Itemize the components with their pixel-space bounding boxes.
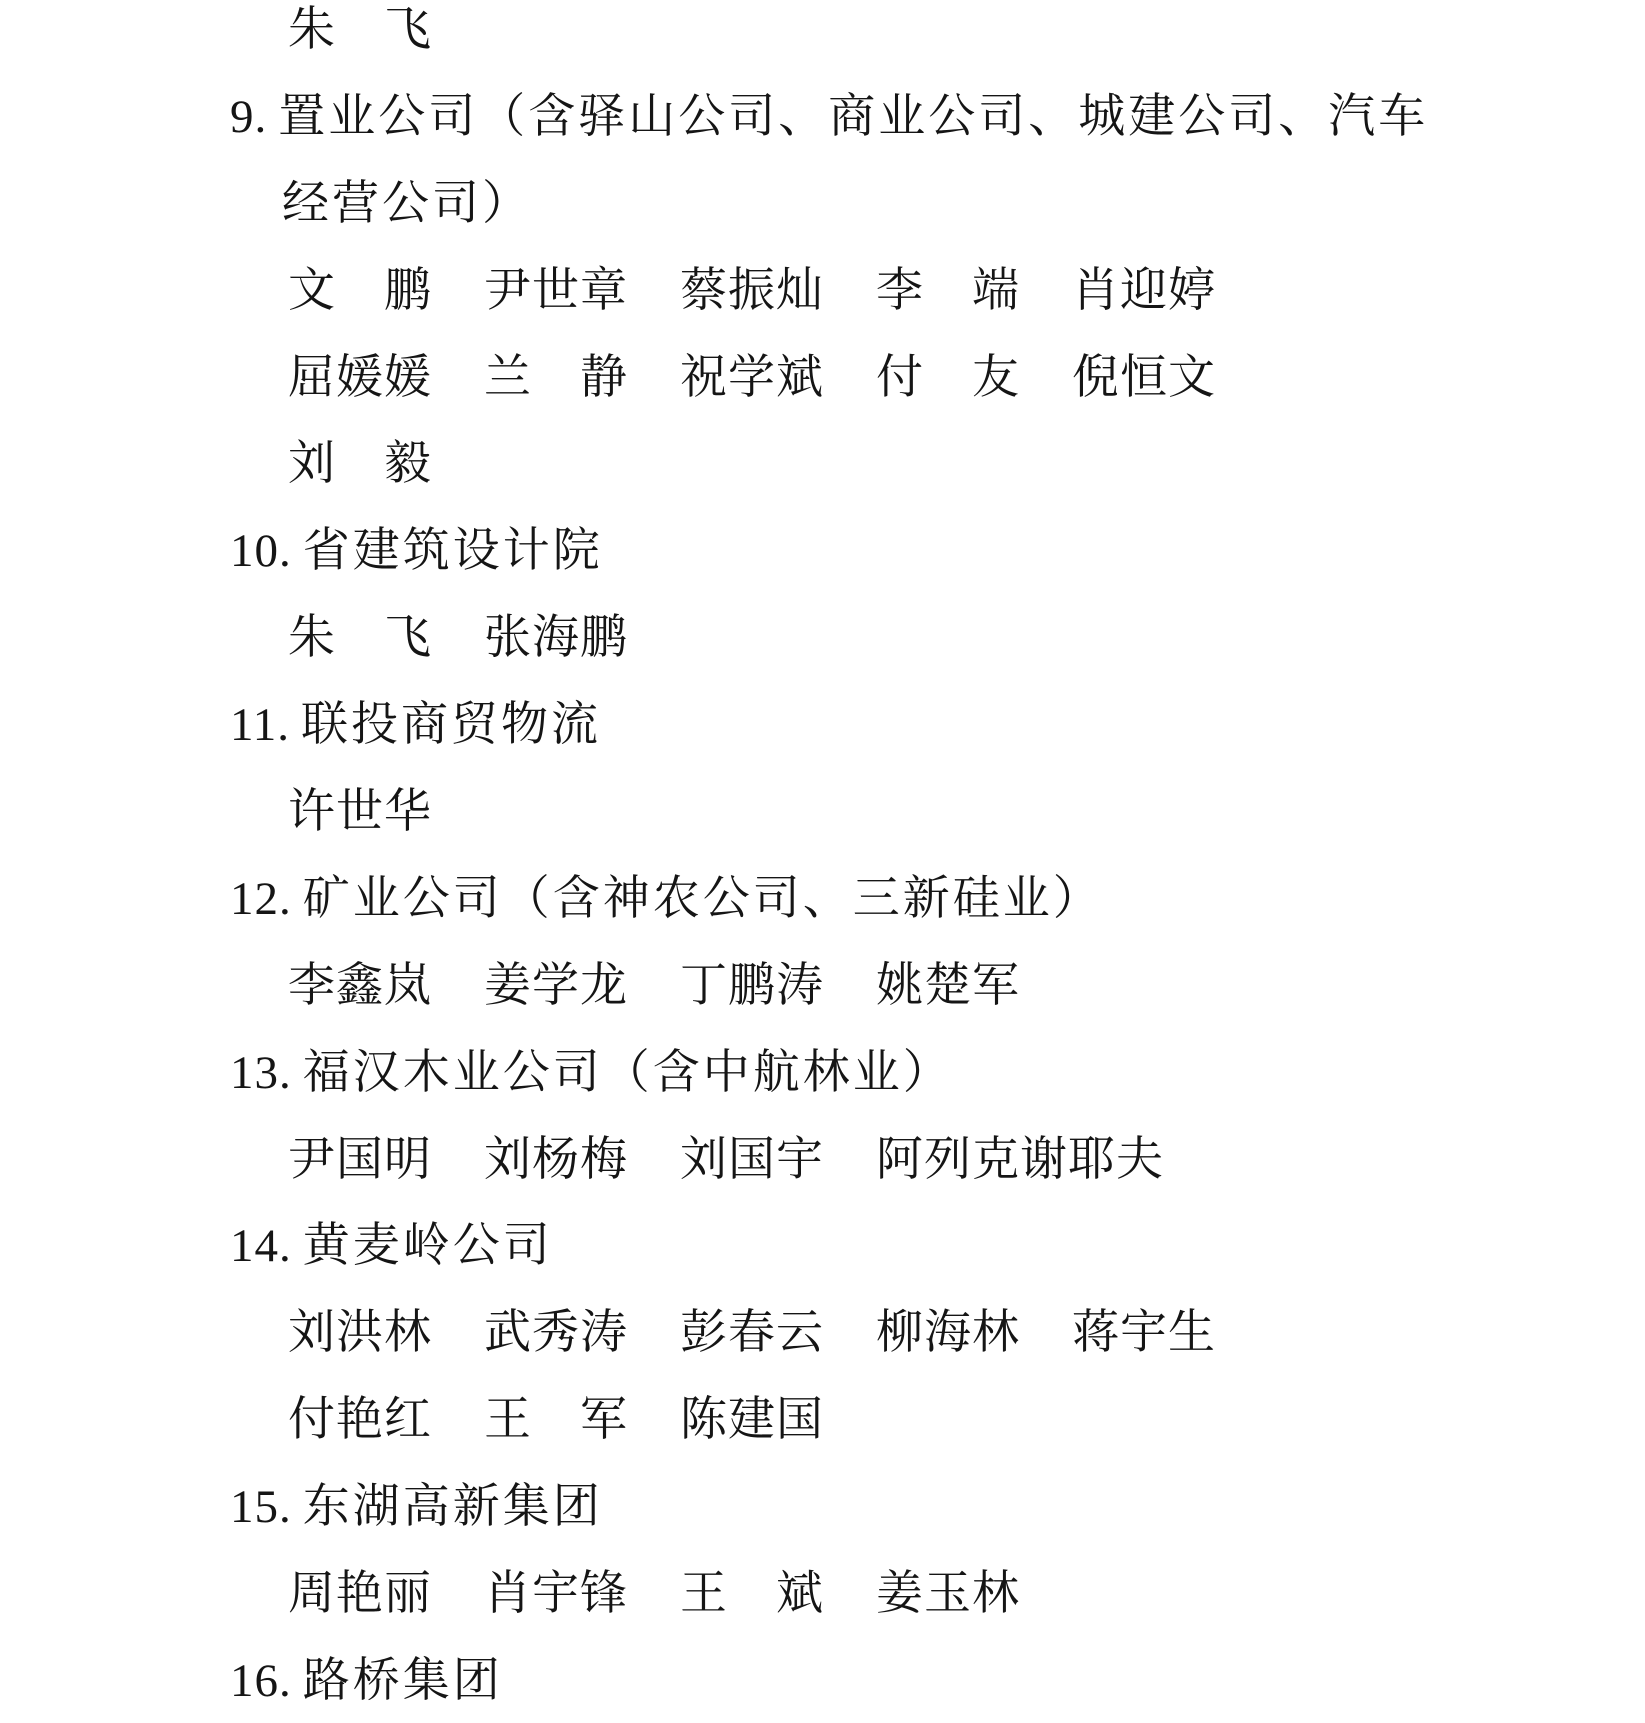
company-title: 联投商贸物流 [301, 702, 601, 749]
person-name: 李 端 [876, 268, 1020, 315]
person-name: 蒋宇生 [1072, 1310, 1216, 1357]
person-name: 刘国宇 [680, 1137, 824, 1184]
company-entry-line: 16.路桥集团 [0, 1638, 1645, 1723]
person-name: 阿列克谢耶夫 [876, 1137, 1164, 1184]
entry-number: 13. [230, 1050, 292, 1097]
entry-number: 9. [230, 94, 267, 141]
person-name: 李鑫岚 [288, 963, 432, 1010]
person-name: 刘 毅 [288, 441, 432, 488]
names-row: 周艳丽肖宇锋王 斌姜玉林 [0, 1551, 1645, 1638]
names-row: 付艳红王 军陈建国 [0, 1377, 1645, 1464]
names-row: 朱 飞 [0, 0, 1645, 74]
person-name: 丁鹏涛 [680, 963, 824, 1010]
entry-number: 10. [230, 528, 292, 575]
person-name: 姜玉林 [876, 1571, 1020, 1618]
entry-number: 11. [230, 702, 290, 749]
person-name: 尹国明 [288, 1137, 432, 1184]
person-name: 朱 飞 [288, 615, 432, 662]
entry-number: 14. [230, 1223, 292, 1270]
person-name: 肖迎婷 [1072, 268, 1216, 315]
person-name: 姜学龙 [484, 963, 628, 1010]
person-name: 文 鹏 [288, 268, 432, 315]
person-name: 倪恒文 [1072, 355, 1216, 402]
company-entry-line: 12.矿业公司（含神农公司、三新硅业） [0, 856, 1645, 943]
person-name: 武秀涛 [484, 1310, 628, 1357]
document-body: 朱 飞9.置业公司（含驿山公司、商业公司、城建公司、汽车经营公司）文 鹏尹世章蔡… [0, 0, 1645, 1723]
company-title-continuation: 经营公司） [0, 161, 1645, 248]
person-name: 王 斌 [680, 1571, 824, 1618]
company-entry-line: 13.福汉木业公司（含中航林业） [0, 1030, 1645, 1117]
names-row: 尹国明刘杨梅刘国宇阿列克谢耶夫 [0, 1117, 1645, 1204]
company-entry-line: 14.黄麦岭公司 [0, 1203, 1645, 1290]
company-entry-line: 15.东湖高新集团 [0, 1464, 1645, 1551]
company-title: 福汉木业公司（含中航林业） [303, 1050, 953, 1097]
company-title: 省建筑设计院 [303, 528, 603, 575]
names-row: 朱 飞张海鹏 [0, 595, 1645, 682]
person-name: 刘杨梅 [484, 1137, 628, 1184]
entry-number: 16. [230, 1658, 292, 1705]
page: 朱 飞9.置业公司（含驿山公司、商业公司、城建公司、汽车经营公司）文 鹏尹世章蔡… [0, 0, 1645, 1723]
company-entry-line: 11.联投商贸物流 [0, 682, 1645, 769]
company-title: 东湖高新集团 [303, 1484, 603, 1531]
company-title: 黄麦岭公司 [303, 1223, 553, 1270]
person-name: 姚楚军 [876, 963, 1020, 1010]
person-name: 兰 静 [484, 355, 628, 402]
person-name: 朱 飞 [288, 7, 432, 54]
person-name: 尹世章 [484, 268, 628, 315]
company-title: 矿业公司（含神农公司、三新硅业） [303, 876, 1103, 923]
company-entry-line: 9.置业公司（含驿山公司、商业公司、城建公司、汽车 [0, 74, 1645, 161]
person-name: 屈媛媛 [288, 355, 432, 402]
person-name: 祝学斌 [680, 355, 824, 402]
person-name: 柳海林 [876, 1310, 1020, 1357]
person-name: 王 军 [484, 1397, 628, 1444]
company-entry-line: 10.省建筑设计院 [0, 508, 1645, 595]
entry-number: 12. [230, 876, 292, 923]
person-name: 刘洪林 [288, 1310, 432, 1357]
person-name: 周艳丽 [288, 1571, 432, 1618]
continuation-text: 经营公司） [282, 181, 532, 228]
person-name: 彭春云 [680, 1310, 824, 1357]
names-row: 许世华 [0, 769, 1645, 856]
names-row: 李鑫岚姜学龙丁鹏涛姚楚军 [0, 943, 1645, 1030]
person-name: 肖宇锋 [484, 1571, 628, 1618]
person-name: 付艳红 [288, 1397, 432, 1444]
person-name: 张海鹏 [484, 615, 628, 662]
person-name: 付 友 [876, 355, 1020, 402]
names-row: 屈媛媛兰 静祝学斌付 友倪恒文 [0, 335, 1645, 422]
person-name: 许世华 [288, 789, 432, 836]
person-name: 蔡振灿 [680, 268, 824, 315]
entry-number: 15. [230, 1484, 292, 1531]
names-row: 刘 毅 [0, 421, 1645, 508]
names-row: 刘洪林武秀涛彭春云柳海林蒋宇生 [0, 1290, 1645, 1377]
person-name: 陈建国 [680, 1397, 824, 1444]
company-title: 路桥集团 [303, 1658, 503, 1705]
company-title: 置业公司（含驿山公司、商业公司、城建公司、汽车 [278, 94, 1428, 141]
names-row: 文 鹏尹世章蔡振灿李 端肖迎婷 [0, 248, 1645, 335]
